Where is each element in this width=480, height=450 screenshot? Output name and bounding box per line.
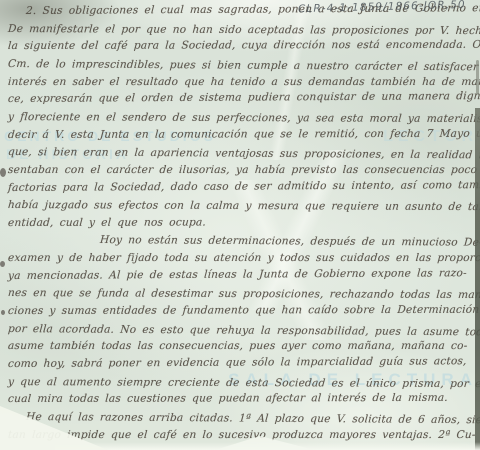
manuscript-line: De manifestarle el por que no han sido a…: [8, 23, 480, 37]
manuscript-line: factorias para la Sociedad, dado caso de…: [8, 178, 480, 193]
manuscript-line: ya mencionadas. Al pie de estas líneas l…: [8, 267, 468, 282]
manuscript-line: ciones y sumas entidades de fundamento q…: [8, 304, 480, 317]
manuscript-line: sentaban con el carácter de ilusorias, y…: [8, 164, 480, 176]
page-edge-shadow: [475, 108, 480, 450]
page-edge-shadow: [476, 60, 479, 94]
manuscript-line: Cm. de lo imprescindibles, pues si bien …: [8, 58, 480, 74]
manuscript-line: y que al aumento siempre creciente de es…: [8, 376, 480, 390]
manuscript-line: la siguiente del café para la Sociedad, …: [8, 39, 480, 52]
manuscript-line: como hoy, sabrá poner en evidencia que s…: [8, 355, 467, 370]
ink-blot: [1, 310, 5, 315]
manuscript-line: nes en que se funda al desestimar sus pr…: [8, 287, 480, 301]
manuscript-line: asume también todas las consecuencias, p…: [8, 340, 468, 352]
manuscript-line: decir á V. esta Junta en la comunicación…: [8, 127, 480, 140]
page-fold-mark: [215, 436, 315, 450]
ink-blot: [0, 261, 5, 267]
manuscript-line: Hoy no están sus determinaciones, despué…: [100, 234, 480, 249]
page-corner-fold: [0, 406, 108, 450]
manuscript-line: y floreciente en el sendero de sus perfe…: [8, 111, 480, 125]
manuscript-line: que, si bien eran en la apariencia venta…: [8, 146, 480, 162]
manuscript-line: ce, expresarán que el orden de sistema p…: [8, 90, 480, 105]
manuscript-line: examen y de haber fijado toda su atenció…: [8, 252, 480, 264]
manuscript-line: entidad, cual y el que nos ocupa.: [8, 216, 207, 229]
manuscript-line: por ella acordada. No es esto que rehuya…: [8, 323, 480, 338]
manuscript-line: interés en saber el resultado que ha ten…: [8, 76, 480, 88]
manuscript-line: había juzgado sus efectos con la calma y…: [8, 199, 480, 213]
manuscript-line: cual mira todas las cuestiones que pueda…: [8, 392, 449, 405]
ink-blot: [0, 168, 6, 177]
manuscript-page: CENTRO DE ESTUDIOS DE HISTORIA LECTUR SA…: [0, 0, 480, 450]
manuscript-body: 2. Sus obligaciones el cual mas sagradas…: [0, 0, 480, 450]
